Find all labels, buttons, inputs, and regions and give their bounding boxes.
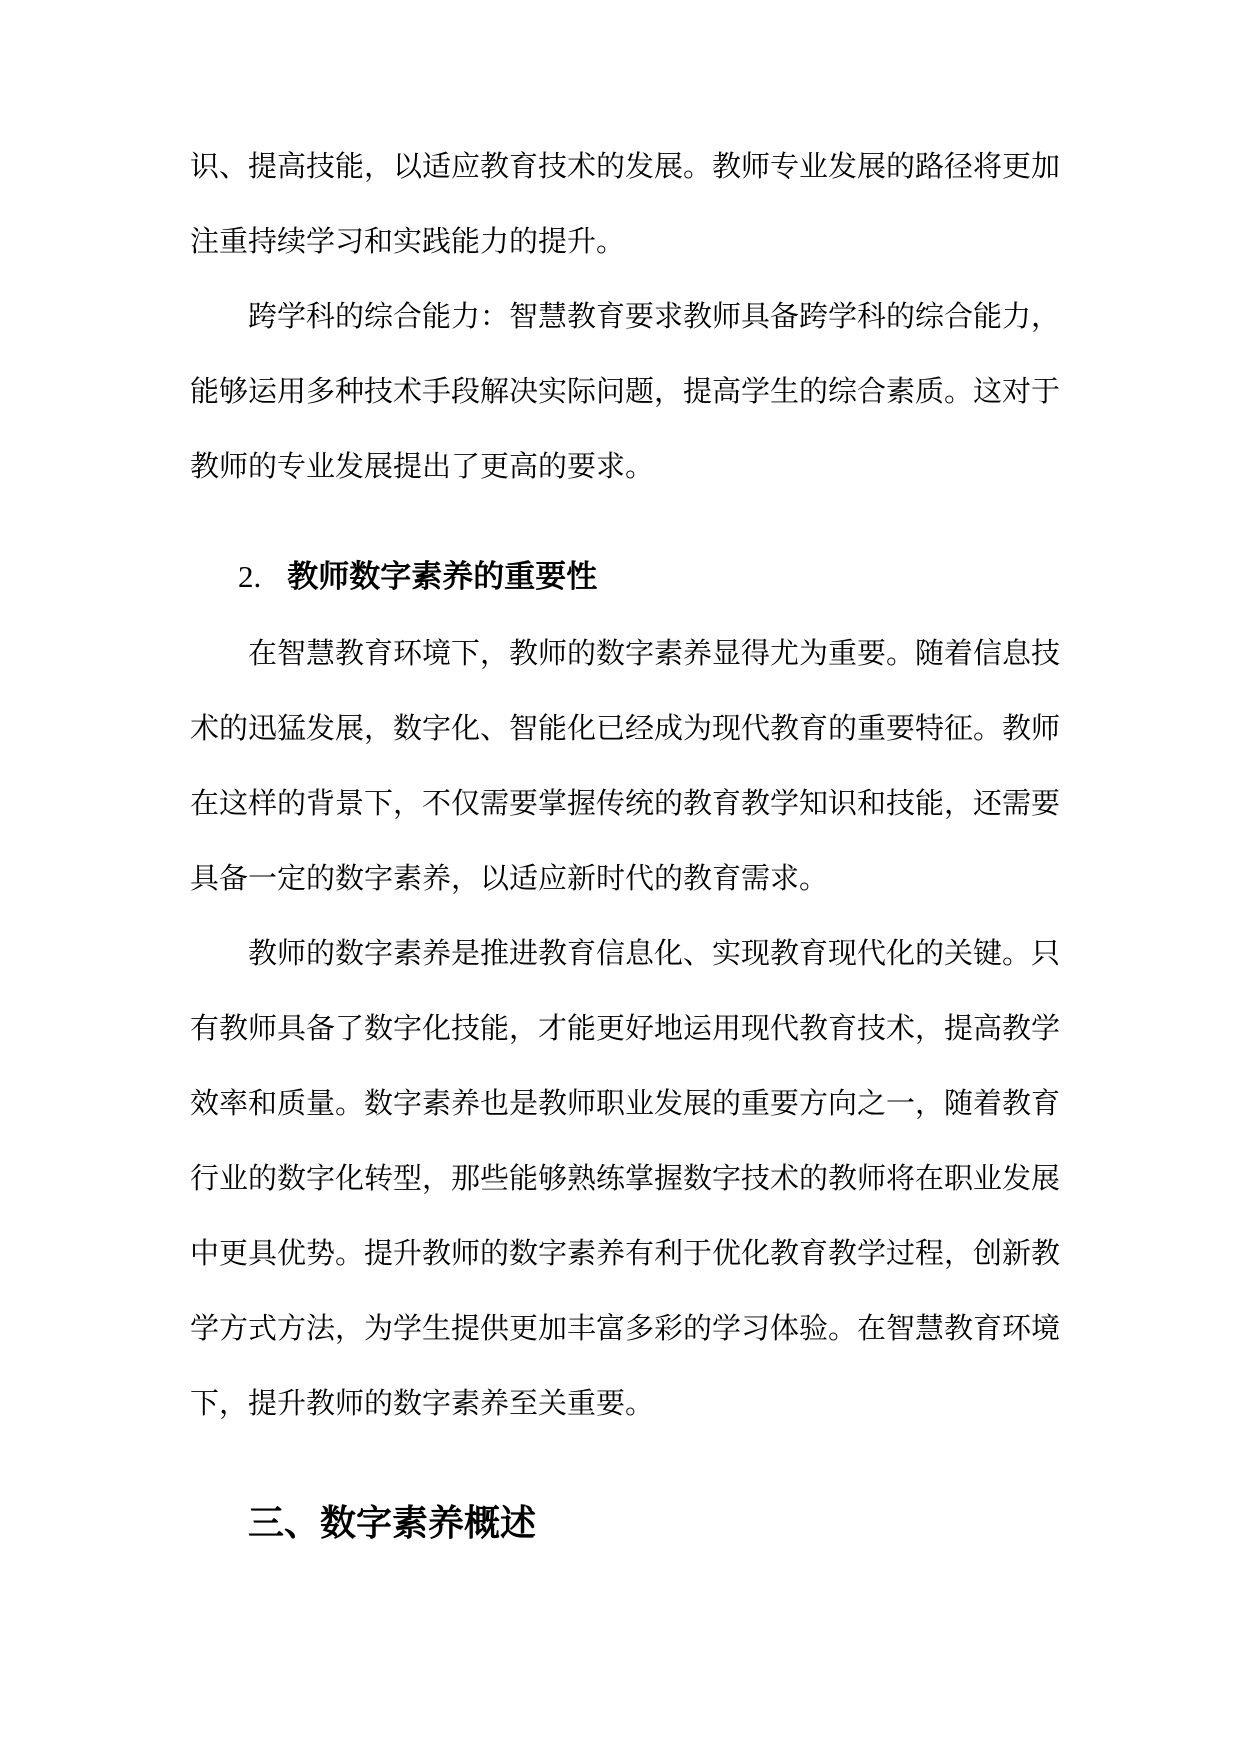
section-heading-teacher-digital-literacy-importance: 2.教师数字素养的重要性 (190, 553, 1095, 601)
paragraph-digital-literacy-significance: 教师的数字素养是推进教育信息化、实现教育现代化的关键。只 有教师具备了数字化技能… (190, 917, 1095, 1442)
section-heading-title: 教师数字素养的重要性 (287, 559, 597, 594)
paragraph-professional-development-continuation: 识、提高技能，以适应教育技术的发展。教师专业发展的路径将更加 注重持续学习和实践… (190, 130, 1095, 280)
paragraph-digital-literacy-context: 在智慧教育环境下，教师的数字素养显得尤为重要。随着信息技 术的迅猛发展，数字化、… (190, 617, 1095, 917)
section-heading-number: 2. (238, 559, 261, 594)
document-content: 识、提高技能，以适应教育技术的发展。教师专业发展的路径将更加 注重持续学习和实践… (190, 130, 1095, 1549)
document-page: 识、提高技能，以适应教育技术的发展。教师专业发展的路径将更加 注重持续学习和实践… (0, 0, 1241, 1754)
paragraph-interdisciplinary-ability: 跨学科的综合能力：智慧教育要求教师具备跨学科的综合能力， 能够运用多种技术手段解… (190, 280, 1095, 505)
chapter-heading-digital-literacy-overview: 三、数字素养概述 (190, 1497, 1095, 1549)
